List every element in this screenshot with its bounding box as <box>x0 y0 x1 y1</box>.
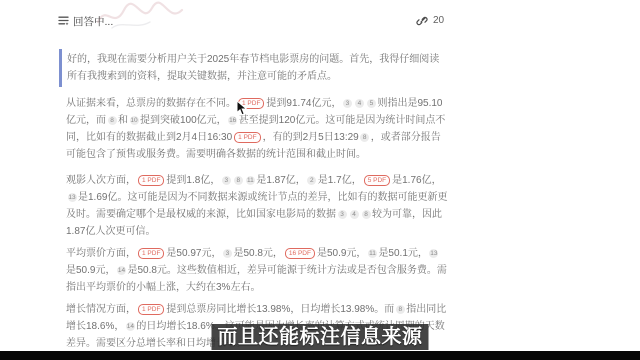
citation-number-badge[interactable]: 11 <box>368 249 377 258</box>
video-subtitle: 而且还能标注信息来源 <box>212 324 429 350</box>
body-text: 是50.8元， <box>233 248 282 259</box>
body-text: 平均票价方面， <box>66 248 136 259</box>
citation-number-badge[interactable]: 8 <box>234 176 243 185</box>
body-text: 是50.97元， <box>166 248 221 259</box>
citation-pdf-badge[interactable]: 1 PDF <box>138 304 164 315</box>
citation-number-badge[interactable]: 3 <box>343 99 352 108</box>
answering-status-label: 回答中... <box>73 14 113 29</box>
citations-count: 20 <box>433 15 444 26</box>
citation-number-badge[interactable]: 16 <box>228 116 237 125</box>
citation-number-badge[interactable]: 4 <box>355 99 364 108</box>
body-text: 提到突破100亿元， <box>140 115 227 126</box>
body-text: 是50.9元， <box>317 248 366 259</box>
citation-pdf-badge[interactable]: 1 PDF <box>138 175 164 186</box>
quote-text: 好的，我现在需要分析用户关于2025年春节档电影票房的问题。首先，我得仔细阅读所… <box>67 54 439 82</box>
citation-pdf-badge[interactable]: 5 PDF <box>364 175 390 186</box>
citation-pdf-badge[interactable]: 1 PDF <box>138 248 164 259</box>
citation-number-badge[interactable]: 10 <box>130 116 139 125</box>
body-text: ，有的到2月5日13:29 <box>263 132 359 143</box>
body-text: 提到1.8亿， <box>166 175 220 186</box>
paragraph-attendance: 观影人次方面，1 PDF提到1.8亿，3811是1.87亿，2是1.7亿，5 P… <box>66 172 448 240</box>
citation-pdf-badge[interactable]: 1 PDF <box>238 98 264 109</box>
citation-number-badge[interactable]: 8 <box>396 305 405 314</box>
citation-pdf-badge[interactable]: 16 PDF <box>285 248 315 259</box>
citation-number-badge[interactable]: 14 <box>117 266 126 275</box>
citation-number-badge[interactable]: 11 <box>246 176 255 185</box>
body-text: 观影人次方面， <box>66 175 136 186</box>
citation-number-badge[interactable]: 8 <box>108 116 117 125</box>
thinking-icon <box>58 15 69 26</box>
body-text: 从证据来看，总票房的数据存在不同。 <box>66 98 236 109</box>
body-text: 提到91.74亿元， <box>266 98 341 109</box>
body-text: 是50.9元， <box>66 265 115 276</box>
citation-number-badge[interactable]: 14 <box>126 322 135 331</box>
video-frame: 回答中... 20 好的，我现在需要分析用户关于2025年春节档电影票房的问题。… <box>0 0 640 360</box>
citation-number-badge[interactable]: 13 <box>429 249 438 258</box>
citation-pdf-badge[interactable]: 1 PDF <box>234 132 260 143</box>
citation-number-badge[interactable]: 3 <box>223 249 232 258</box>
citation-number-badge[interactable]: 8 <box>360 133 369 142</box>
body-text: 是50.1元， <box>378 248 427 259</box>
link-icon <box>416 15 428 27</box>
body-text: 是1.7亿， <box>318 175 362 186</box>
body-text: 是1.76亿， <box>392 175 441 186</box>
body-text: 提到总票房同比增长13.98%，日均增长13.98%。而 <box>166 304 394 315</box>
citation-number-badge[interactable]: 3 <box>338 210 347 219</box>
subtitle-text: 而且还能标注信息来源 <box>218 326 423 348</box>
body-text: 增长情况方面， <box>66 304 136 315</box>
citation-number-badge[interactable]: 5 <box>367 99 376 108</box>
citation-number-badge[interactable]: 2 <box>307 176 316 185</box>
body-text: 和 <box>118 115 128 126</box>
paragraph-average-price: 平均票价方面，1 PDF是50.97元，3是50.8元，16 PDF是50.9元… <box>66 245 448 296</box>
citation-number-badge[interactable]: 13 <box>68 193 77 202</box>
body-text: 是1.87亿， <box>256 175 305 186</box>
citation-number-badge[interactable]: 4 <box>350 210 359 219</box>
letterbox-bar <box>0 351 640 360</box>
citation-number-badge[interactable]: 8 <box>362 210 371 219</box>
citation-number-badge[interactable]: 3 <box>222 176 231 185</box>
paragraph-total-box-office: 从证据来看，总票房的数据存在不同。1 PDF提到91.74亿元，345则指出是9… <box>66 95 448 163</box>
quoted-question-block: 好的，我现在需要分析用户关于2025年春节档电影票房的问题。首先，我得仔细阅读所… <box>59 49 449 87</box>
